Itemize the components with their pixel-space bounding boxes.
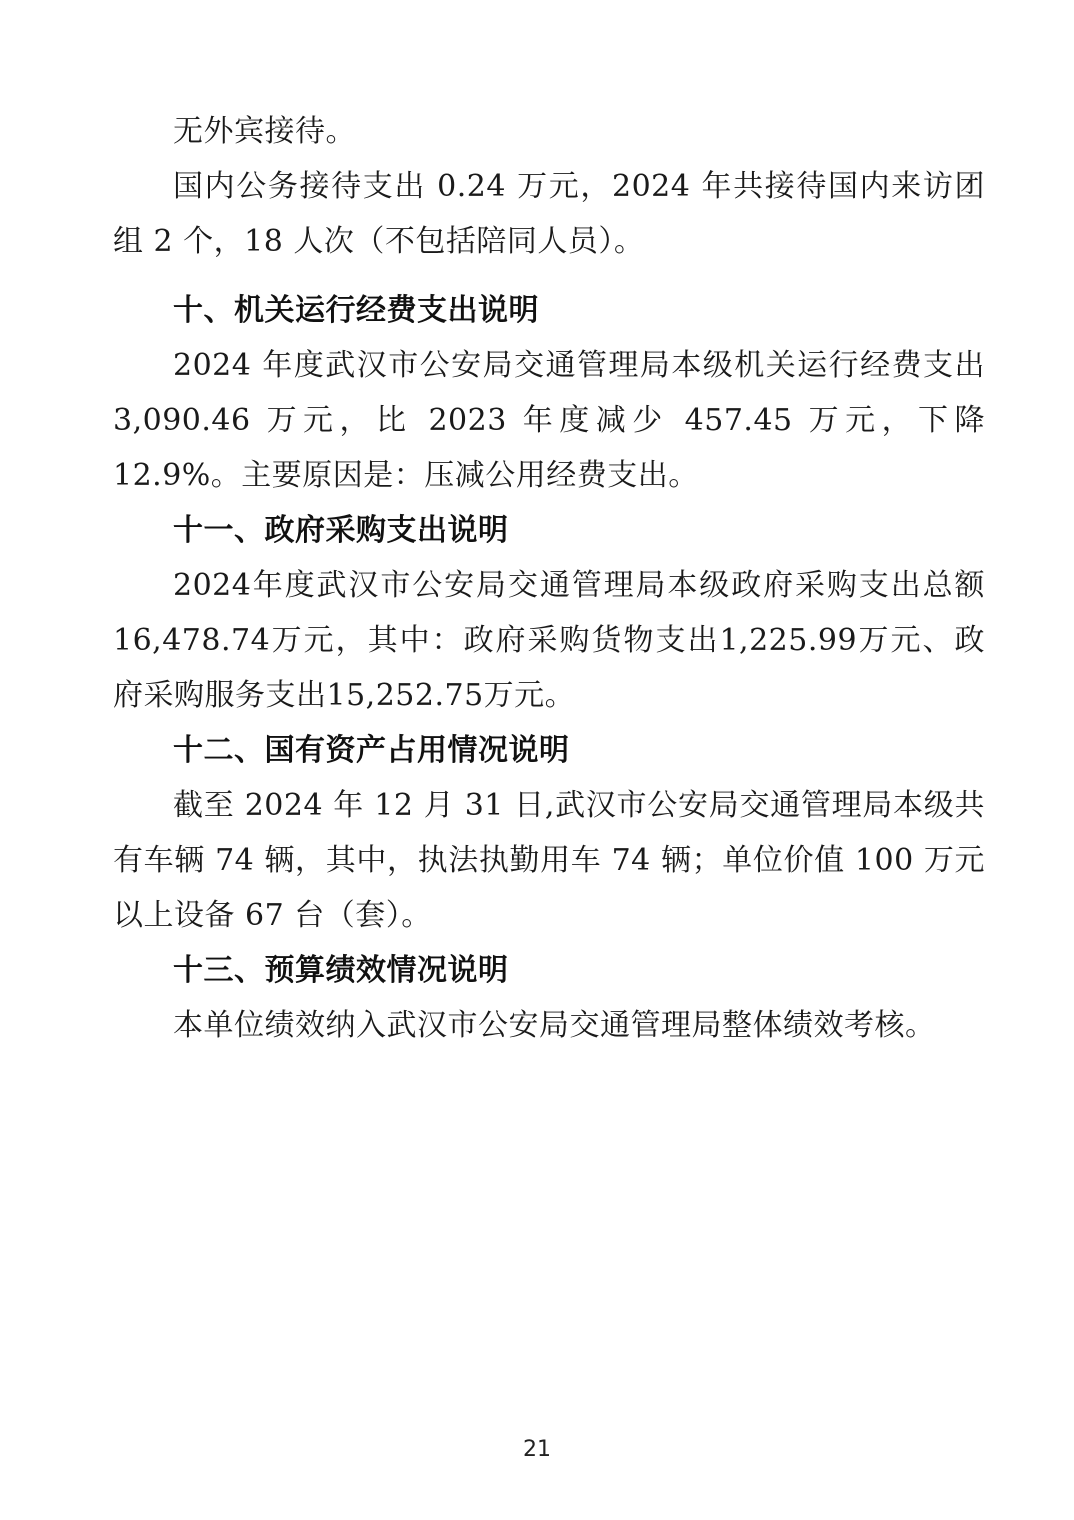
section-heading: 十、机关运行经费支出说明	[113, 283, 985, 338]
section-heading: 十三、预算绩效情况说明	[113, 943, 985, 998]
section-heading: 十一、政府采购支出说明	[113, 503, 985, 558]
body-paragraph: 2024年度武汉市公安局交通管理局本级政府采购支出总额16,478.74万元，其…	[113, 558, 985, 723]
document-content: 无外宾接待。国内公务接待支出 0.24 万元，2024 年共接待国内来访团组 2…	[113, 104, 985, 1053]
body-paragraph: 截至 2024 年 12 月 31 日,武汉市公安局交通管理局本级共有车辆 74…	[113, 778, 985, 943]
section-heading: 十二、国有资产占用情况说明	[113, 723, 985, 778]
body-paragraph: 2024 年度武汉市公安局交通管理局本级机关运行经费支出 3,090.46 万元…	[113, 338, 985, 503]
page-number: 21	[0, 1437, 1074, 1463]
body-paragraph: 无外宾接待。	[113, 104, 985, 159]
body-paragraph: 本单位绩效纳入武汉市公安局交通管理局整体绩效考核。	[113, 998, 985, 1053]
document-page: 无外宾接待。国内公务接待支出 0.24 万元，2024 年共接待国内来访团组 2…	[0, 0, 1074, 1520]
body-paragraph: 国内公务接待支出 0.24 万元，2024 年共接待国内来访团组 2 个，18 …	[113, 159, 985, 269]
